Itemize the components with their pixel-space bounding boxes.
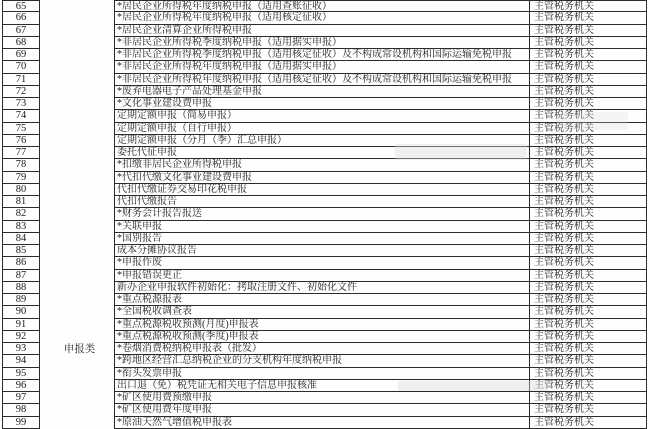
row-item-cell: *废弃电器电子产品处理基金申报 [115,86,530,98]
row-authority-cell: 主管税务机关 [530,25,647,37]
category-column-cell [40,12,115,24]
category-column-cell [40,196,115,208]
table-row: 88 新办企业申报软件初始化：拷取注册文件、初始化文件 主管税务机关 [2,282,647,294]
row-number-cell: 86 [2,257,40,269]
category-column-cell [40,294,115,306]
row-number-cell: 74 [2,110,40,122]
row-authority-cell: 主管税务机关 [530,245,647,257]
row-authority-cell: 主管税务机关 [530,61,647,73]
row-number-cell: 97 [2,392,40,404]
row-number-cell: 72 [2,86,40,98]
row-item-cell: *居民企业所得税年度纳税申报（适用核定征收） [115,12,530,24]
row-item-cell: *原油天然气增值税申报表 [115,417,530,429]
category-column-cell [40,110,115,122]
row-number-cell: 85 [2,245,40,257]
row-number-cell: 91 [2,319,40,331]
row-number-cell: 71 [2,74,40,86]
row-authority-cell: 主管税务机关 [530,417,647,429]
row-authority-cell: 主管税务机关 [530,306,647,318]
row-number-cell: 69 [2,49,40,61]
row-item-cell: *文化事业建设费申报 [115,98,530,110]
row-item-cell: 委托代征申报 [115,147,530,159]
row-item-cell: *居民企业所得税年度纳税申报（适用查账征收） [115,0,530,12]
table-row: 99 *原油天然气增值税申报表 主管税务机关 [2,417,647,429]
category-column-cell [40,61,115,73]
table-row: 82 *财务会计报告报送 主管税务机关 [2,208,647,220]
row-number-cell: 66 [2,12,40,24]
category-column-cell [40,306,115,318]
table-row: 95 *衔头发票申报 主管税务机关 [2,368,647,380]
category-column-cell [40,257,115,269]
category-column-cell [40,25,115,37]
row-authority-cell: 主管税务机关 [530,282,647,294]
category-column-cell [40,208,115,220]
table-row: 92 *重点税源税收预测(季度)申报表 主管税务机关 [2,331,647,343]
row-authority-cell: 主管税务机关 [530,196,647,208]
row-authority-cell: 主管税务机关 [530,355,647,367]
row-authority-cell: 主管税务机关 [530,208,647,220]
row-authority-cell: 主管税务机关 [530,110,647,122]
category-column-cell [40,245,115,257]
table-row: 78 *扣缴非居民企业所得税申报 主管税务机关 [2,159,647,171]
row-item-cell: 出口退（免）税凭证无相关电子信息申报核准 [115,380,530,392]
row-authority-cell: 主管税务机关 [530,74,647,86]
row-number-cell: 98 [2,404,40,416]
row-authority-cell: 主管税务机关 [530,37,647,49]
table-row: 86 *申报作废 主管税务机关 [2,257,647,269]
row-authority-cell: 主管税务机关 [530,98,647,110]
row-authority-cell: 主管税务机关 [530,86,647,98]
row-number-cell: 68 [2,37,40,49]
row-number-cell: 80 [2,184,40,196]
row-number-cell: 83 [2,221,40,233]
row-item-cell: *衔头发票申报 [115,368,530,380]
row-item-cell: *申报错误更正 [115,270,530,282]
row-number-cell: 73 [2,98,40,110]
row-item-cell: *扣缴非居民企业所得税申报 [115,159,530,171]
row-number-cell: 96 [2,380,40,392]
row-number-cell: 65 [2,0,40,12]
category-column-cell [40,0,115,12]
table-row: 90 *全国税收调查表 主管税务机关 [2,306,647,318]
row-item-cell: *重点税源税收预测(月度)申报表 [115,319,530,331]
row-authority-cell: 主管税务机关 [530,319,647,331]
category-column-cell [40,355,115,367]
row-authority-cell: 主管税务机关 [530,159,647,171]
row-authority-cell: 主管税务机关 [530,221,647,233]
row-item-cell: *居民企业清算企业所得税申报 [115,25,530,37]
row-number-cell: 90 [2,306,40,318]
category-column-cell [40,74,115,86]
table-row: 85 成本分摊协议报告 主管税务机关 [2,245,647,257]
row-authority-cell: 主管税务机关 [530,123,647,135]
row-number-cell: 92 [2,331,40,343]
row-authority-cell: 主管税务机关 [530,257,647,269]
row-number-cell: 84 [2,233,40,245]
table-row: 77 委托代征申报 主管税务机关 [2,147,647,159]
row-item-cell: *国别报告 [115,233,530,245]
category-column-cell [40,147,115,159]
table-row: 81 代扣代缴报告 主管税务机关 [2,196,647,208]
category-column-cell [40,37,115,49]
table-row: 73 *文化事业建设费申报 主管税务机关 [2,98,647,110]
category-column-cell [40,319,115,331]
category-column-cell [40,270,115,282]
table-row: 79 *代扣代缴文化事业建设费申报 主管税务机关 [2,172,647,184]
row-item-cell: *关联申报 [115,221,530,233]
row-item-cell: 代扣代缴证券交易印花税申报 [115,184,530,196]
row-number-cell: 95 [2,368,40,380]
row-authority-cell: 主管税务机关 [530,12,647,24]
row-number-cell: 81 [2,196,40,208]
row-authority-cell: 主管税务机关 [530,172,647,184]
row-number-cell: 94 [2,355,40,367]
row-authority-cell: 主管税务机关 [530,49,647,61]
category-column-cell [40,417,115,429]
row-item-cell: *重点税源报表 [115,294,530,306]
row-authority-cell: 主管税务机关 [530,135,647,147]
category-column-cell [40,86,115,98]
category-column-cell [40,380,115,392]
category-column-cell [40,123,115,135]
row-number-cell: 89 [2,294,40,306]
row-authority-cell: 主管税务机关 [530,0,647,12]
category-column-cell [40,159,115,171]
table-row: 80 代扣代缴证券交易印花税申报 主管税务机关 [2,184,647,196]
row-number-cell: 88 [2,282,40,294]
table-row: 71 *非居民企业所得税年度纳税申报（适用核定征收）及不构成常设机构和国际运输免… [2,74,647,86]
row-item-cell: *申报作废 [115,257,530,269]
row-item-cell: *矿区使用费年度申报 [115,404,530,416]
category-column-cell [40,331,115,343]
table-row: 65 *居民企业所得税年度纳税申报（适用查账征收） 主管税务机关 [2,0,647,12]
row-item-cell: *非居民企业所得税季度纳税申报（适用核定征收）及不构成常设机构和国际运输免税申报 [115,49,530,61]
category-column-cell [40,404,115,416]
category-column-cell [40,98,115,110]
table-row: 87 *申报错误更正 主管税务机关 [2,270,647,282]
row-number-cell: 93 [2,343,40,355]
row-number-cell: 79 [2,172,40,184]
row-authority-cell: 主管税务机关 [530,294,647,306]
row-item-cell: *矿区使用费预缴申报 [115,392,530,404]
table-row: 68 *非居民企业所得税季度纳税申报（适用据实申报） 主管税务机关 [2,37,647,49]
row-authority-cell: 主管税务机关 [530,404,647,416]
category-column-cell [40,392,115,404]
table-row: 84 *国别报告 主管税务机关 [2,233,647,245]
row-item-cell: *卷烟消费税纳税申报表（批发） [115,343,530,355]
row-item-cell: *重点税源税收预测(季度)申报表 [115,331,530,343]
row-authority-cell: 主管税务机关 [530,184,647,196]
row-item-cell: 定期定额申报（分月（季）汇总申报） [115,135,530,147]
category-column-cell [40,282,115,294]
category-column-cell [40,221,115,233]
table-row: 67 *居民企业清算企业所得税申报 主管税务机关 [2,25,647,37]
row-authority-cell: 主管税务机关 [530,368,647,380]
table-row: 89 *重点税源报表 主管税务机关 [2,294,647,306]
row-item-cell: 代扣代缴报告 [115,196,530,208]
table-row: 83 *关联申报 主管税务机关 [2,221,647,233]
row-item-cell: *财务会计报告报送 [115,208,530,220]
row-authority-cell: 主管税务机关 [530,331,647,343]
table-row: 75 定期定额申报（自行申报） 主管税务机关 [2,123,647,135]
table-row: 97 *矿区使用费预缴申报 主管税务机关 [2,392,647,404]
row-item-cell: 新办企业申报软件初始化：拷取注册文件、初始化文件 [115,282,530,294]
category-column-cell [40,172,115,184]
row-authority-cell: 主管税务机关 [530,392,647,404]
row-item-cell: *全国税收调查表 [115,306,530,318]
table-row: 96 出口退（免）税凭证无相关电子信息申报核准 主管税务机关 [2,380,647,392]
row-authority-cell: 主管税务机关 [530,147,647,159]
row-item-cell: *非居民企业所得税年度纳税申报（适用核定征收）及不构成常设机构和国际运输免税申报 [115,74,530,86]
row-item-cell: 定期定额申报（简易申报） [115,110,530,122]
row-authority-cell: 主管税务机关 [530,233,647,245]
table-row: 70 *非居民企业所得税年度纳税申报（适用据实申报） 主管税务机关 [2,61,647,73]
category-column-cell [40,135,115,147]
scanned-tax-matters-document: 65 *居民企业所得税年度纳税申报（适用查账征收） 主管税务机关 66 *居民企… [0,0,650,429]
row-authority-cell: 主管税务机关 [530,270,647,282]
row-item-cell: *代扣代缴文化事业建设费申报 [115,172,530,184]
row-item-cell: 成本分摊协议报告 [115,245,530,257]
row-number-cell: 75 [2,123,40,135]
table-row: 66 *居民企业所得税年度纳税申报（适用核定征收） 主管税务机关 [2,12,647,24]
table-row: 74 定期定额申报（简易申报） 主管税务机关 [2,110,647,122]
category-column-cell [40,368,115,380]
row-authority-cell: 主管税务机关 [530,380,647,392]
category-column-cell [40,184,115,196]
table-row: 94 *跨地区经营汇总纳税企业的分支机构年度纳税申报 主管税务机关 [2,355,647,367]
row-number-cell: 76 [2,135,40,147]
row-item-cell: *跨地区经营汇总纳税企业的分支机构年度纳税申报 [115,355,530,367]
category-column-cell [40,233,115,245]
row-item-cell: 定期定额申报（自行申报） [115,123,530,135]
row-number-cell: 70 [2,61,40,73]
row-authority-cell: 主管税务机关 [530,343,647,355]
row-number-cell: 77 [2,147,40,159]
table-row: 76 定期定额申报（分月（季）汇总申报） 主管税务机关 [2,135,647,147]
table-row: 98 *矿区使用费年度申报 主管税务机关 [2,404,647,416]
category-column-cell [40,49,115,61]
row-number-cell: 87 [2,270,40,282]
category-label: 申报类 [42,344,117,356]
row-item-cell: *非居民企业所得税年度纳税申报（适用据实申报） [115,61,530,73]
row-number-cell: 82 [2,208,40,220]
tax-matters-table: 65 *居民企业所得税年度纳税申报（适用查账征收） 主管税务机关 66 *居民企… [2,0,647,429]
row-number-cell: 67 [2,25,40,37]
table-row: 72 *废弃电器电子产品处理基金申报 主管税务机关 [2,86,647,98]
row-number-cell: 78 [2,159,40,171]
row-number-cell: 99 [2,417,40,429]
row-item-cell: *非居民企业所得税季度纳税申报（适用据实申报） [115,37,530,49]
table-row: 91 *重点税源税收预测(月度)申报表 主管税务机关 [2,319,647,331]
table-row: 69 *非居民企业所得税季度纳税申报（适用核定征收）及不构成常设机构和国际运输免… [2,49,647,61]
